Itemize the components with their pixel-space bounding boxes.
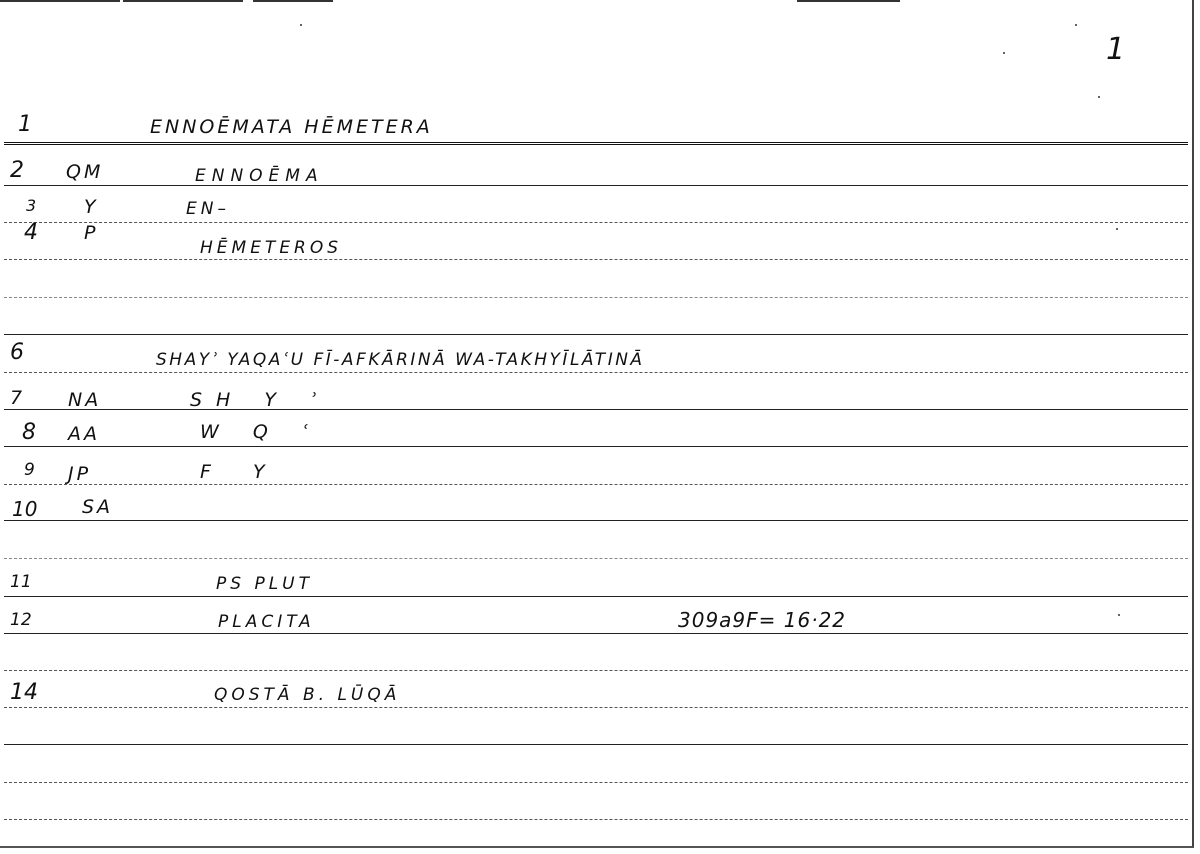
source-code: P [84, 222, 98, 244]
ruled-line [4, 596, 1188, 597]
line-number: 14 [10, 680, 38, 705]
index-card: 1 1 ENNOĒMATA HĒMETERA 2 QM ENNOĒMA 3 Y … [0, 0, 1194, 848]
line-number: 8 [22, 420, 36, 445]
entry-text: SHAYʾ YAQAʿU FĪ-AFKĀRINĀ WA-TAKHYĪLĀTINĀ [156, 350, 645, 370]
ruled-line [4, 259, 1188, 260]
line-number: 1 [18, 112, 32, 137]
ruled-line [4, 185, 1188, 186]
page-number: 1 [1106, 32, 1125, 67]
line-number: 7 [10, 387, 22, 409]
entry-text: PS PLUT [216, 574, 313, 594]
top-border [253, 0, 333, 2]
scan-speck [1116, 228, 1118, 230]
line-number: 9 [24, 460, 35, 480]
ruled-line [4, 372, 1188, 373]
ruled-line [4, 409, 1188, 410]
ruled-line [4, 707, 1188, 708]
source-code: JP [68, 463, 91, 485]
entry-text: W Q ʿ [200, 421, 322, 443]
line-number: 12 [10, 610, 32, 630]
source-code: Y [84, 196, 99, 218]
entry-text: HĒMETEROS [200, 238, 342, 258]
top-border [797, 0, 900, 2]
line-number: 6 [10, 340, 24, 365]
ruled-line [4, 446, 1188, 447]
line-number: 4 [24, 220, 38, 245]
line-number: 10 [12, 497, 37, 521]
entry-text: EN– [186, 199, 230, 219]
reference: 309a9F= 16·22 [678, 608, 846, 632]
entry-text: F Y [200, 461, 283, 483]
source-code: NA [68, 389, 101, 411]
scan-speck [1118, 614, 1120, 616]
source-code: QM [66, 161, 103, 183]
top-border [0, 0, 120, 2]
entry-text: ENNOĒMA [195, 166, 324, 186]
ruled-line [4, 819, 1188, 820]
ruled-line [4, 222, 1188, 223]
entry-text: QOSTĀ B. LŪQĀ [214, 685, 400, 705]
top-border [123, 0, 243, 2]
ruled-line [4, 633, 1188, 634]
ruled-line [4, 520, 1188, 521]
entry-text: ENNOĒMATA HĒMETERA [150, 116, 433, 138]
line-number: 3 [26, 196, 36, 215]
line-number: 2 [10, 158, 24, 183]
ruled-line [4, 297, 1188, 298]
entry-text: SH Y ʾ [190, 389, 330, 411]
ruled-line [4, 744, 1188, 745]
header-rule [4, 142, 1188, 148]
ruled-line [4, 484, 1188, 485]
ruled-line [4, 782, 1188, 783]
entry-text: PLACITA [218, 612, 315, 632]
ruled-line [4, 670, 1188, 671]
scan-speck [1003, 52, 1005, 54]
scan-speck [300, 24, 302, 26]
scan-speck [1098, 96, 1100, 98]
scan-speck [1075, 24, 1077, 26]
ruled-line [4, 334, 1188, 335]
source-code: SA [82, 496, 113, 518]
source-code: AA [68, 423, 100, 445]
ruled-line [4, 558, 1188, 559]
line-number: 11 [10, 572, 32, 592]
